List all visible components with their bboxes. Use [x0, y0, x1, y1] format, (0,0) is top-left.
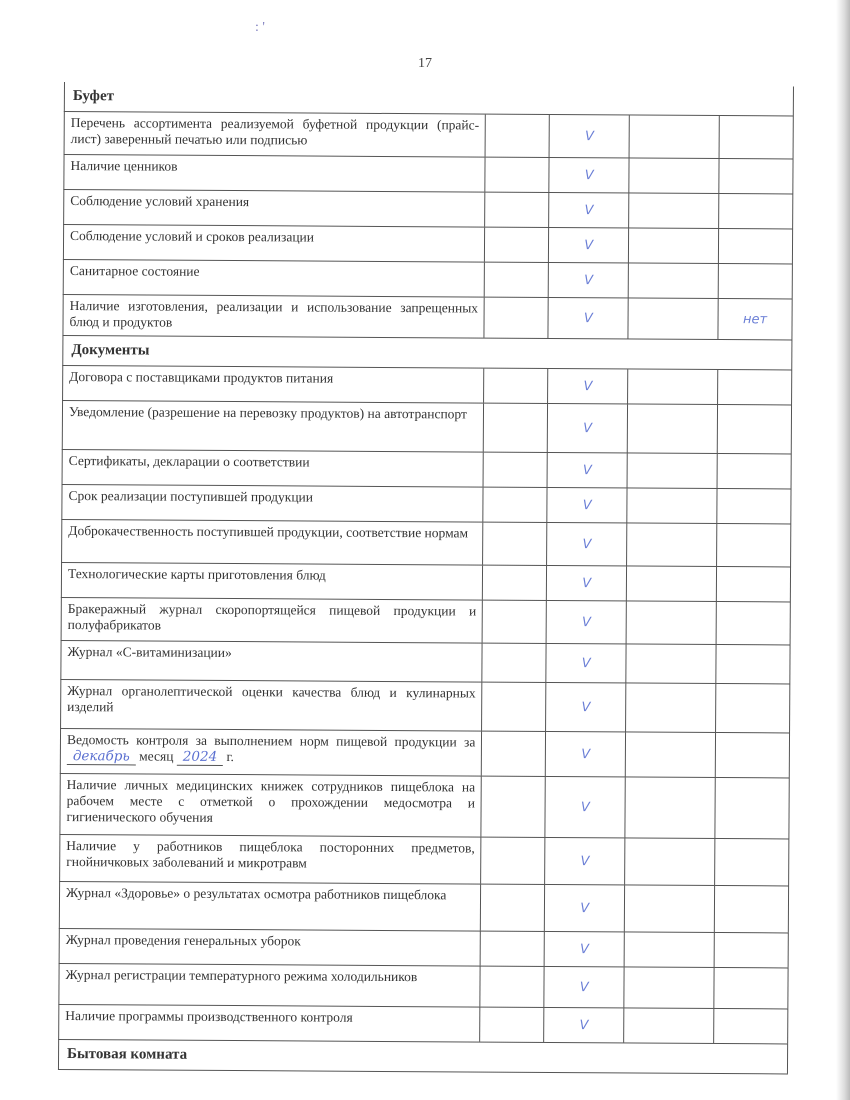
row-label: Наличие программы производственного конт…	[59, 1005, 481, 1042]
empty-cell[interactable]	[486, 193, 550, 227]
empty-cell[interactable]	[485, 263, 549, 297]
row-label: Журнал проведения генеральных уборок	[60, 929, 482, 966]
empty-cell[interactable]	[486, 115, 550, 157]
empty-cell[interactable]	[629, 263, 719, 298]
table-row: Перечень ассортимента реализуемой буфетн…	[64, 112, 794, 159]
note-cell[interactable]	[715, 886, 789, 932]
row-label: Ведомость контроля за выполнением норм п…	[61, 729, 483, 776]
table-row: Наличие ценниковV	[63, 155, 793, 194]
note-cell[interactable]	[717, 567, 791, 601]
empty-cell[interactable]	[482, 838, 546, 884]
empty-cell[interactable]	[481, 885, 545, 931]
row-label: Доброкачественность поступившей продукци…	[62, 520, 484, 565]
note-cell[interactable]	[719, 229, 793, 263]
empty-cell[interactable]	[485, 228, 549, 262]
row-label: Наличие личных медицинских книжек сотруд…	[60, 774, 482, 837]
empty-cell[interactable]	[483, 644, 547, 682]
check-cell[interactable]: V	[545, 838, 625, 884]
page-number: 17	[0, 56, 850, 72]
check-cell[interactable]: V	[544, 1008, 624, 1042]
note-cell[interactable]	[718, 454, 792, 488]
table-row: Журнал «С-витаминизации»V	[60, 641, 790, 684]
table-row: Наличие личных медицинских книжек сотруд…	[59, 774, 789, 839]
month-field[interactable]: декабрь	[67, 748, 136, 765]
row-label: Бракеражный журнал скоропортящейся пищев…	[62, 598, 484, 643]
note-cell[interactable]	[719, 264, 793, 298]
row-label: Наличие ценников	[64, 155, 486, 192]
empty-cell[interactable]	[482, 777, 546, 837]
note-cell[interactable]	[716, 645, 790, 683]
row-label: Журнал «Здоровье» о результатах осмотра …	[60, 882, 482, 931]
row-label: Журнал «С-витаминизации»	[61, 641, 483, 682]
check-cell[interactable]: V	[548, 488, 628, 522]
check-cell[interactable]: V	[549, 228, 629, 262]
row-label: Журнал регистрации температурного режима…	[59, 964, 481, 1007]
note-cell[interactable]	[716, 684, 790, 732]
row-label: Журнал органолептической оценки качества…	[61, 680, 483, 731]
check-cell[interactable]: V	[547, 644, 627, 682]
empty-cell[interactable]	[625, 838, 715, 885]
check-cell[interactable]: V	[548, 369, 628, 403]
note-cell[interactable]	[717, 602, 791, 644]
row-label: Перечень ассортимента реализуемой буфетн…	[65, 112, 487, 157]
check-cell[interactable]: V	[549, 298, 629, 338]
empty-cell[interactable]	[482, 732, 546, 776]
row-label: Санитарное состояние	[64, 260, 486, 297]
empty-cell[interactable]	[627, 601, 717, 644]
check-cell[interactable]: V	[545, 967, 625, 1007]
empty-cell[interactable]	[484, 404, 548, 452]
table-row: Журнал проведения генеральных уборокV	[59, 929, 789, 968]
check-cell[interactable]: V	[547, 523, 627, 565]
empty-cell[interactable]	[628, 453, 718, 488]
empty-cell[interactable]	[482, 683, 546, 731]
section-title: Документы	[63, 336, 792, 369]
check-cell[interactable]: V	[549, 193, 629, 227]
check-cell[interactable]: V	[546, 683, 626, 731]
row-label: Уведомление (разрешение на перевозку про…	[63, 401, 485, 452]
empty-cell[interactable]	[629, 298, 719, 339]
table-row: Срок реализации поступившей продукцииV	[61, 485, 791, 524]
table-row: Наличие программы производственного конт…	[58, 1005, 788, 1044]
table-row: Технологические карты приготовления блюд…	[61, 563, 791, 602]
table-row: Договора с поставщиками продуктов питани…	[62, 366, 792, 405]
empty-cell[interactable]	[483, 601, 547, 643]
check-cell[interactable]: V	[545, 885, 625, 931]
empty-cell[interactable]	[627, 523, 717, 566]
section-title: Буфет	[65, 82, 794, 115]
scan-marks: : '	[255, 20, 265, 36]
row-label: Соблюдение условий и сроков реализации	[64, 225, 486, 262]
check-cell[interactable]: V	[546, 777, 626, 837]
section-title: Бытовая комната	[59, 1040, 788, 1073]
check-cell[interactable]: V	[550, 115, 630, 157]
empty-cell[interactable]	[628, 369, 718, 404]
empty-cell[interactable]	[625, 967, 715, 1008]
check-cell[interactable]: V	[547, 566, 627, 600]
check-cell[interactable]: V	[546, 732, 626, 776]
table-row: Уведомление (разрешение на перевозку про…	[62, 401, 792, 454]
table-row: Журнал органолептической оценки качества…	[60, 680, 790, 733]
check-cell[interactable]: V	[550, 158, 630, 192]
empty-cell[interactable]	[630, 115, 720, 158]
empty-cell[interactable]	[628, 488, 718, 523]
section-header: Буфет	[64, 82, 794, 116]
note-cell[interactable]	[715, 839, 789, 885]
row-label: Наличие изготовления, реализации и испол…	[63, 295, 485, 338]
check-cell[interactable]: V	[545, 932, 625, 966]
empty-cell[interactable]	[486, 158, 550, 192]
empty-cell[interactable]	[630, 158, 720, 193]
empty-cell[interactable]	[628, 404, 718, 453]
table-row: Журнал регистрации температурного режима…	[58, 964, 788, 1009]
check-cell[interactable]: V	[548, 404, 628, 452]
check-cell[interactable]: V	[549, 263, 629, 297]
table-row: Соблюдение условий и сроков реализацииV	[63, 225, 793, 264]
note-cell[interactable]	[719, 194, 793, 228]
row-label: Договора с поставщиками продуктов питани…	[63, 366, 485, 403]
table-row: Санитарное состояниеV	[63, 260, 793, 299]
row-label: Технологические карты приготовления блюд	[62, 563, 484, 600]
note-cell[interactable]	[714, 968, 788, 1008]
note-cell[interactable]	[715, 933, 789, 967]
scan-edge	[836, 0, 850, 1100]
note-cell[interactable]	[717, 489, 791, 523]
empty-cell[interactable]	[481, 1008, 545, 1042]
table-row: Бракеражный журнал скоропортящейся пищев…	[61, 598, 791, 645]
empty-cell[interactable]	[485, 298, 549, 338]
table-row: Ведомость контроля за выполнением норм п…	[60, 729, 790, 778]
table-row: Сертификаты, декларации о соответствииV	[62, 450, 792, 489]
empty-cell[interactable]	[484, 369, 548, 403]
check-cell[interactable]: V	[548, 453, 628, 487]
note-cell[interactable]	[716, 733, 790, 777]
empty-cell[interactable]	[484, 488, 548, 522]
row-label: Сертификаты, декларации о соответствии	[63, 450, 485, 487]
note-cell[interactable]	[717, 524, 791, 566]
note-cell[interactable]	[719, 159, 793, 193]
table-row: Наличие изготовления, реализации и испол…	[62, 295, 792, 340]
row-label: Срок реализации поступившей продукции	[62, 485, 484, 522]
empty-cell[interactable]	[627, 644, 717, 683]
note-cell[interactable]	[718, 405, 792, 453]
note-cell[interactable]: нет	[719, 299, 793, 339]
empty-cell[interactable]	[483, 523, 547, 565]
empty-cell[interactable]	[626, 683, 716, 732]
note-cell[interactable]	[720, 116, 794, 158]
empty-cell[interactable]	[484, 453, 548, 487]
table-row: Наличие у работников пищеблока посторонн…	[59, 835, 789, 886]
row-label: Наличие у работников пищеблока посторонн…	[60, 835, 482, 884]
empty-cell[interactable]	[626, 732, 716, 777]
empty-cell[interactable]	[625, 885, 715, 932]
empty-cell[interactable]	[629, 193, 719, 228]
table-row: Доброкачественность поступившей продукци…	[61, 520, 791, 567]
checklist-table: БуфетПеречень ассортимента реализуемой б…	[58, 82, 794, 1074]
empty-cell[interactable]	[625, 932, 715, 967]
empty-cell[interactable]	[624, 1008, 714, 1043]
year-field[interactable]: 2024	[177, 749, 223, 766]
section-header: Документы	[62, 336, 792, 370]
empty-cell[interactable]	[481, 932, 545, 966]
check-cell[interactable]: V	[547, 601, 627, 643]
row-label: Соблюдение условий хранения	[64, 190, 486, 227]
section-header: Бытовая комната	[58, 1040, 788, 1074]
note-cell[interactable]	[715, 778, 789, 838]
empty-cell[interactable]	[483, 566, 547, 600]
note-cell[interactable]	[718, 370, 792, 404]
table-row: Соблюдение условий храненияV	[63, 190, 793, 229]
empty-cell[interactable]	[626, 777, 716, 838]
empty-cell[interactable]	[481, 967, 545, 1007]
empty-cell[interactable]	[629, 228, 719, 263]
note-cell[interactable]	[714, 1009, 788, 1043]
empty-cell[interactable]	[627, 566, 717, 601]
table-row: Журнал «Здоровье» о результатах осмотра …	[59, 882, 789, 933]
